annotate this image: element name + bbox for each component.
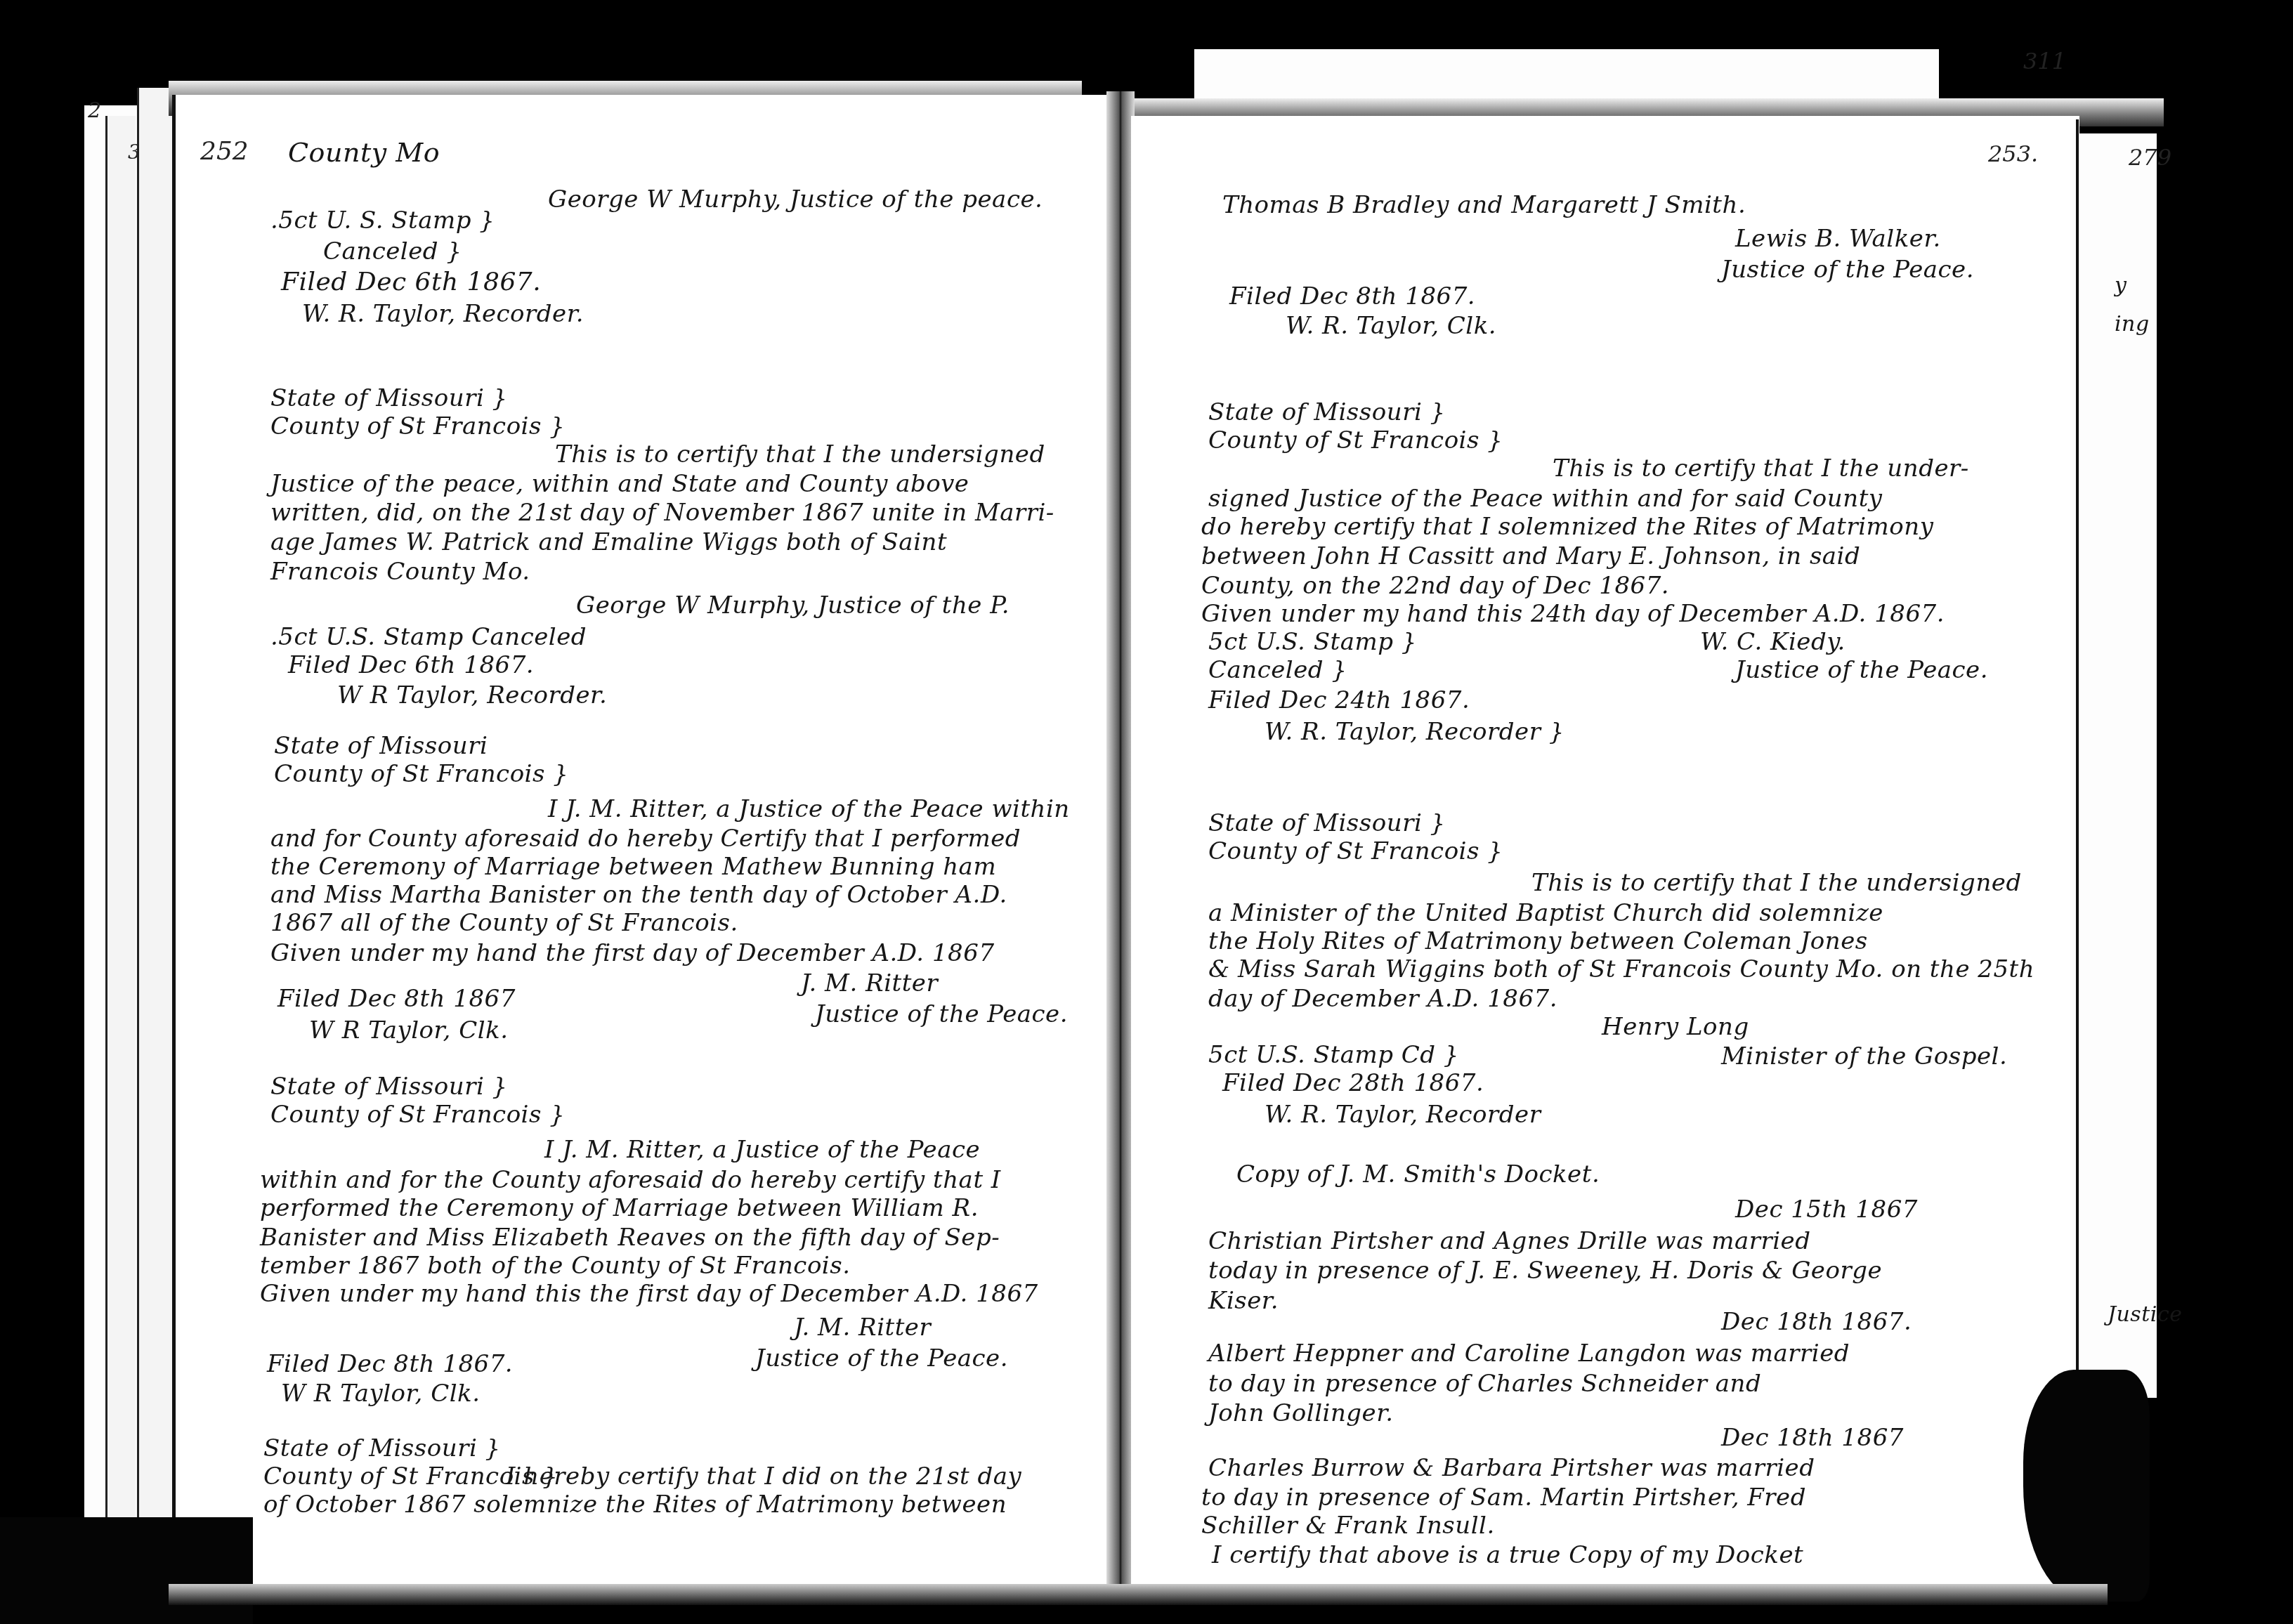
entry4-heading-county: County of St Francois }	[270, 1099, 565, 1130]
bottom-page-edge	[169, 1584, 2108, 1605]
entry3-body-line: and for County aforesaid do hereby Certi…	[270, 823, 1021, 854]
r-entry1-signature-title: Justice of the Peace.	[1721, 254, 1974, 285]
r-entry2-stamp-canceled: Canceled }	[1208, 655, 1347, 686]
entry4-body-line: performed the Ceremony of Marriage betwe…	[260, 1193, 979, 1224]
entry2-body-line: Justice of the peace, within and State a…	[270, 469, 969, 499]
entry4-body-line: I J. M. Ritter, a Justice of the Peace	[544, 1134, 980, 1165]
entry3-recorder: W R Taylor, Clk.	[309, 1015, 508, 1046]
entry3-body-line: the Ceremony of Marriage between Mathew …	[270, 851, 996, 882]
r-entry2-body-line: County, on the 22nd day of Dec 1867.	[1201, 570, 1669, 601]
left-page-number: 252	[200, 137, 249, 166]
r-entry3-signature-name: Henry Long	[1602, 1011, 1749, 1042]
r-entry2-body-line: Given under my hand this 24th day of Dec…	[1201, 598, 1945, 629]
r-entry1-names: Thomas B Bradley and Margarett J Smith.	[1222, 190, 1746, 221]
docket-record1-line: Kiser.	[1208, 1285, 1279, 1316]
entry1-stamp-canceled: Canceled }	[323, 236, 462, 267]
docket-heading: Copy of J. M. Smith's Docket.	[1236, 1159, 1600, 1190]
r-entry3-body-line: day of December A.D. 1867.	[1208, 983, 1557, 1014]
docket-record3-line: Schiller & Frank Insull.	[1201, 1510, 1495, 1541]
entry2-body-line: This is to certify that I the undersigne…	[555, 439, 1045, 470]
entry4-body-line: Banister and Miss Elizabeth Reaves on th…	[260, 1222, 1000, 1253]
docket-certification: I certify that above is a true Copy of m…	[1212, 1540, 1803, 1571]
entry2-body-line: Francois County Mo.	[270, 556, 530, 587]
entry4-heading-state: State of Missouri }	[270, 1071, 508, 1102]
r-entry3-heading-state: State of Missouri }	[1208, 808, 1446, 839]
docket-record3-line: to day in presence of Sam. Martin Pirtsh…	[1201, 1482, 1806, 1513]
right-page-number: 253.	[1988, 140, 2038, 167]
r-entry2-body-line: This is to certify that I the under-	[1553, 453, 1969, 484]
right-page-border	[2076, 119, 2079, 1524]
docket-record2-line: John Gollinger.	[1208, 1398, 1394, 1429]
entry4-signature-title: Justice of the Peace.	[755, 1343, 1008, 1374]
entry3-signature-title: Justice of the Peace.	[815, 999, 1068, 1030]
entry3-heading-state: State of Missouri	[274, 731, 488, 761]
docket-record1-line: Christian Pirtsher and Agnes Drille was …	[1208, 1226, 1811, 1257]
r-entry3-body-line: & Miss Sarah Wiggins both of St Francois…	[1208, 954, 2034, 985]
entry2-signature: George W Murphy, Justice of the P.	[576, 590, 1010, 621]
r-entry3-body-line: This is to certify that I the undersigne…	[1531, 867, 2022, 898]
entry3-body-line: Given under my hand the first day of Dec…	[270, 938, 995, 969]
entry3-filed: Filed Dec 8th 1867	[277, 983, 516, 1014]
entry2-body-line: written, did, on the 21st day of Novembe…	[270, 497, 1054, 528]
r-entry2-signature-title: Justice of the Peace.	[1735, 655, 1988, 686]
top-tab-number: 311	[2023, 48, 2066, 74]
entry3-body-line: and Miss Martha Banister on the tenth da…	[270, 879, 1007, 910]
docket-record2-line: Albert Heppner and Caroline Langdon was …	[1208, 1338, 1850, 1369]
entry4-body-line: Given under my hand this the first day o…	[260, 1278, 1038, 1309]
page-edge-left-1	[105, 116, 136, 1584]
county-header: County Mo	[288, 137, 440, 168]
r-entry1-recorder: W. R. Taylor, Clk.	[1286, 310, 1496, 341]
entry5-heading-state: State of Missouri }	[263, 1433, 501, 1464]
page-edge-left-2	[137, 88, 174, 1591]
entry1-recorder: W. R. Taylor, Recorder.	[302, 299, 584, 329]
entry1-filed: Filed Dec 6th 1867.	[281, 267, 541, 298]
r-entry3-body-line: a Minister of the United Baptist Church …	[1208, 898, 1883, 929]
left-page-border	[172, 95, 176, 1584]
r-entry2-body-line: between John H Cassitt and Mary E. Johns…	[1201, 541, 1860, 572]
margin-fragment: y	[2115, 270, 2127, 301]
r-entry1-filed: Filed Dec 8th 1867.	[1229, 281, 1475, 312]
entry4-signature-name: J. M. Ritter	[794, 1312, 931, 1343]
r-entry3-body-line: the Holy Rites of Matrimony between Cole…	[1208, 926, 1868, 957]
entry2-body-line: age James W. Patrick and Emaline Wiggs b…	[270, 527, 947, 558]
outer-page-number: 279	[2129, 144, 2171, 171]
entry2-stamp: .5ct U.S. Stamp Canceled	[270, 622, 587, 653]
r-entry2-heading-county: County of St Francois }	[1208, 425, 1503, 456]
r-entry2-heading-state: State of Missouri }	[1208, 397, 1446, 428]
margin-number-2: 2	[88, 98, 101, 123]
r-entry2-stamp: 5ct U.S. Stamp }	[1208, 627, 1417, 657]
docket-record2-line: to day in presence of Charles Schneider …	[1208, 1368, 1761, 1399]
entry4-filed: Filed Dec 8th 1867.	[267, 1349, 513, 1380]
shadow-bottom-left	[0, 1517, 253, 1624]
docket-record3-date: Dec 18th 1867	[1721, 1422, 1904, 1453]
entry5-body-line: of October 1867 solemnize the Rites of M…	[263, 1489, 1007, 1520]
r-entry2-recorder: W. R. Taylor, Recorder }	[1265, 716, 1564, 747]
r-entry3-recorder: W. R. Taylor, Recorder	[1265, 1099, 1541, 1130]
r-entry1-signature-name: Lewis B. Walker.	[1735, 223, 1941, 254]
r-entry2-signature-name: W. C. Kiedy.	[1700, 627, 1845, 657]
entry3-body-line: 1867 all of the County of St Francois.	[270, 908, 738, 938]
docket-record2-date: Dec 18th 1867.	[1721, 1307, 1912, 1337]
entry1-signature: George W Murphy, Justice of the peace.	[548, 184, 1043, 215]
entry3-body-line: I J. M. Ritter, a Justice of the Peace w…	[548, 794, 1070, 825]
entry2-recorder: W R Taylor, Recorder.	[337, 680, 607, 711]
entry3-heading-county: County of St Francois }	[274, 759, 568, 790]
margin-number-3: 3	[128, 140, 141, 164]
entry2-filed: Filed Dec 6th 1867.	[288, 650, 534, 681]
entry2-heading-state: State of Missouri }	[270, 383, 508, 414]
r-entry3-stamp: 5ct U.S. Stamp Cd }	[1208, 1040, 1459, 1070]
docket-record3-line: Charles Burrow & Barbara Pirtsher was ma…	[1208, 1453, 1815, 1484]
entry4-recorder: W R Taylor, Clk.	[281, 1378, 480, 1409]
docket-record1-line: today in presence of J. E. Sweeney, H. D…	[1208, 1255, 1882, 1286]
margin-fragment: Justice	[2108, 1299, 2182, 1330]
margin-fragment: ing	[2115, 309, 2150, 340]
entry3-signature-name: J. M. Ritter	[801, 968, 938, 999]
r-entry3-signature-title: Minister of the Gospel.	[1721, 1041, 2007, 1072]
entry4-body-line: tember 1867 both of the County of St Fra…	[260, 1250, 851, 1281]
docket-record1-date: Dec 15th 1867	[1735, 1194, 1918, 1225]
entry5-body-line: I hereby certify that I did on the 21st …	[506, 1461, 1021, 1492]
r-entry2-body-line: do hereby certify that I solemnized the …	[1201, 511, 1933, 542]
r-entry2-filed: Filed Dec 24th 1867.	[1208, 685, 1470, 716]
entry1-stamp: .5ct U. S. Stamp }	[270, 205, 495, 236]
book-spine	[1106, 91, 1135, 1594]
r-entry3-filed: Filed Dec 28th 1867.	[1222, 1068, 1484, 1099]
r-entry2-body-line: signed Justice of the Peace within and f…	[1208, 483, 1883, 514]
r-entry3-heading-county: County of St Francois }	[1208, 836, 1503, 867]
entry2-heading-county: County of St Francois }	[270, 411, 565, 442]
entry4-body-line: within and for the County aforesaid do h…	[260, 1165, 1001, 1196]
ink-blot-bottom-right	[2023, 1370, 2150, 1602]
